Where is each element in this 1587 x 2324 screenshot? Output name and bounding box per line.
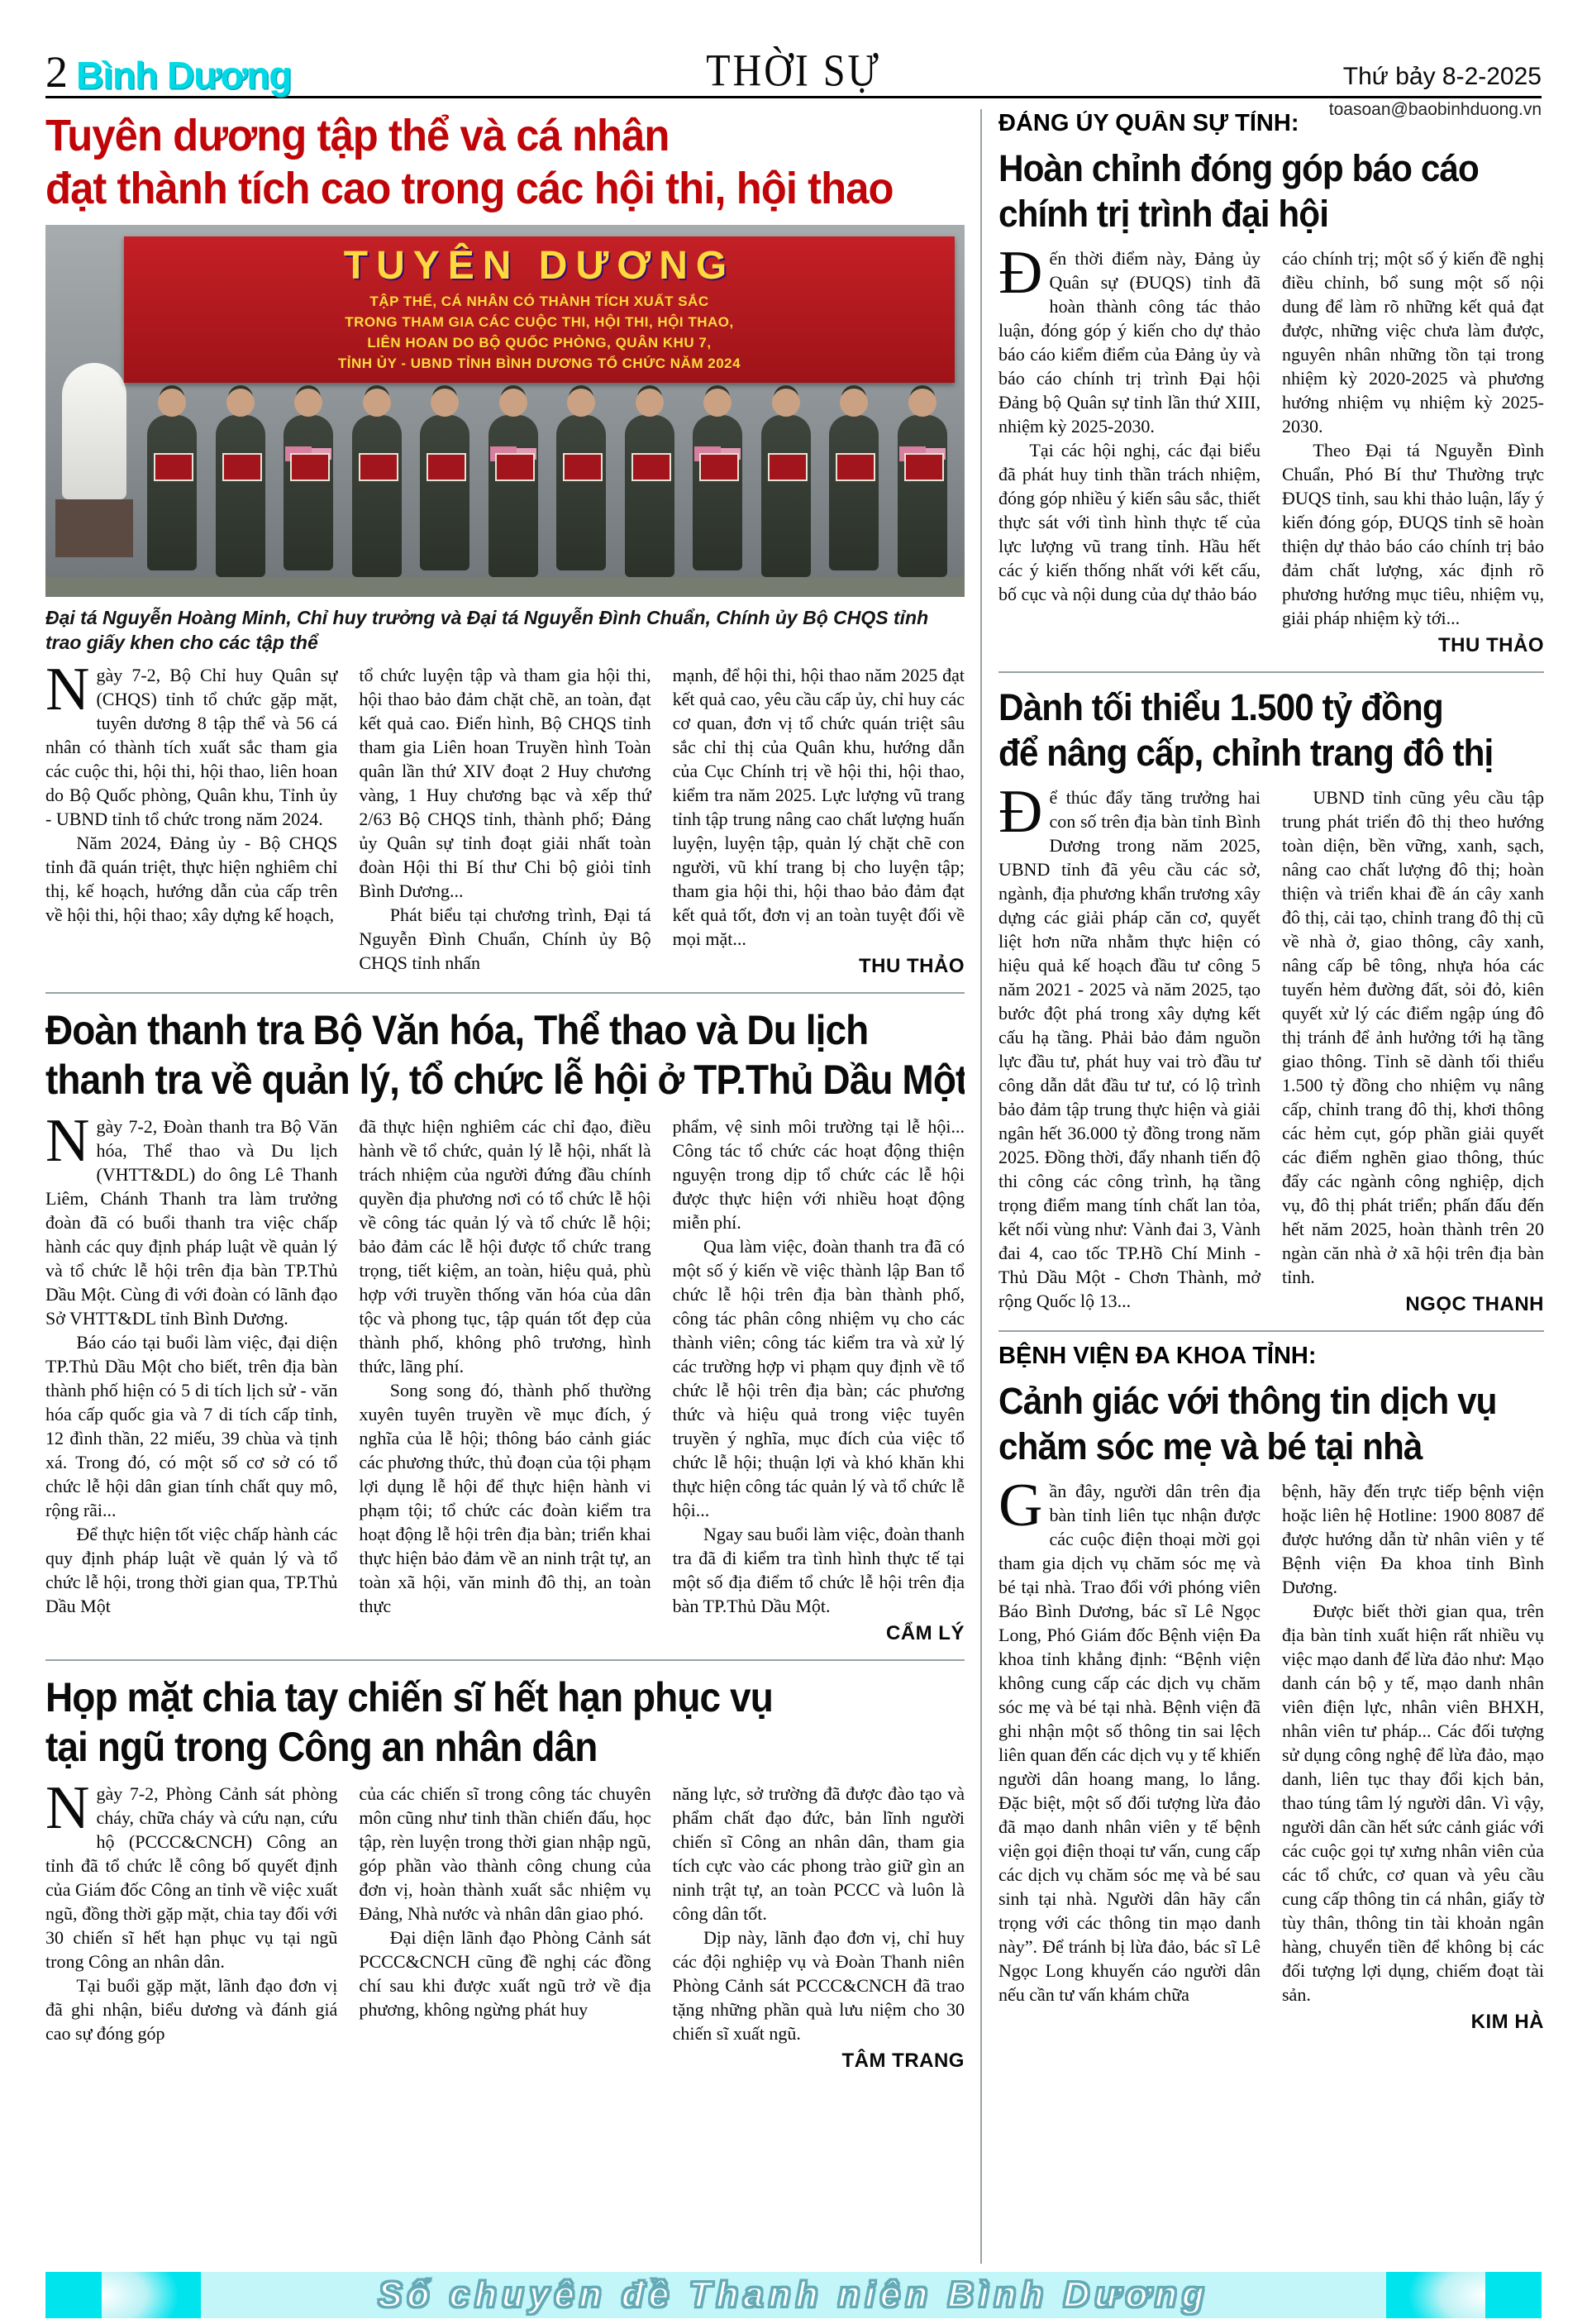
article-title: Hoàn chỉnh đóng góp báo cáochính trị trì… — [998, 146, 1544, 236]
page-header: 2 Bình Dương THỜI SỰ Thứ bảy 8-2-2025 — [45, 25, 1542, 98]
person-figure — [898, 415, 947, 577]
article-title: Dành tối thiểu 1.500 tỷ đồngđể nâng cấp,… — [998, 685, 1544, 775]
article-body: N gày 7-2, Đoàn thanh tra Bộ Văn hóa, Th… — [45, 1114, 965, 1646]
column-paragraphs: gày 7-2, Đoàn thanh tra Bộ Văn hóa, Thể … — [45, 1114, 337, 1618]
page-number: 2 — [45, 52, 68, 93]
article-title: Tuyên dương tập thể và cá nhânđạt thành … — [45, 109, 965, 215]
column-paragraphs: UBND tỉnh cũng yêu cầu tập trung phát tr… — [1282, 785, 1544, 1289]
photo-caption: Đại tá Nguyễn Hoàng Minh, Chỉ huy trưởng… — [45, 605, 965, 655]
author-byline: THU THẢO — [1282, 633, 1544, 658]
person-figure — [625, 415, 674, 577]
article-body: Đ ến thời điểm này, Đảng ủy Quân sự (ĐUQ… — [998, 246, 1544, 658]
dropcap: N — [45, 1114, 96, 1165]
person-figure — [284, 415, 333, 570]
column-paragraphs: ể thúc đẩy tăng trưởng hai con số trên đ… — [998, 785, 1261, 1313]
article-column: cáo chính trị; một số ý kiến đề nghị điề… — [1282, 246, 1544, 658]
ceremony-photo: TUYÊN DƯƠNG TẬP THỂ, CÁ NHÂN CÓ THÀNH TÍ… — [45, 225, 965, 597]
article-column: bệnh, hãy đến trực tiếp bệnh viện hoặc l… — [1282, 1479, 1544, 2035]
photo-banner: TUYÊN DƯƠNG TẬP THỂ, CÁ NHÂN CÓ THÀNH TÍ… — [124, 236, 955, 383]
article-column: Đ ến thời điểm này, Đảng ủy Quân sự (ĐUQ… — [998, 246, 1261, 658]
column-paragraphs: mạnh, để hội thi, hội thao năm 2025 đạt … — [673, 663, 965, 951]
article-column: năng lực, sở trường đã được đào tạo và p… — [673, 1782, 965, 2073]
dropcap: N — [45, 663, 96, 713]
person-figure — [488, 415, 538, 577]
column-divider-rule — [980, 109, 982, 2264]
article-title: Đoàn thanh tra Bộ Văn hóa, Thể thao và D… — [45, 1005, 965, 1105]
article-divider — [998, 671, 1544, 673]
article-body: N gày 7-2, Bộ Chỉ huy Quân sự (CHQS) tỉn… — [45, 663, 965, 979]
statue — [62, 363, 126, 499]
article-column: G ần đây, người dân trên địa bàn tỉnh li… — [998, 1479, 1261, 2035]
article-column: của các chiến sĩ trong công tác chuyên m… — [359, 1782, 651, 2073]
section-title: THỜI SỰ — [706, 48, 881, 93]
author-byline: CẨM LÝ — [673, 1621, 965, 1646]
article-column: mạnh, để hội thi, hội thao năm 2025 đạt … — [673, 663, 965, 979]
article-divider — [45, 1659, 965, 1661]
article-tuyen-duong: Tuyên dương tập thể và cá nhânđạt thành … — [45, 109, 965, 979]
people-row — [138, 415, 956, 577]
article-divider — [998, 1330, 1544, 1332]
article-divider — [45, 992, 965, 994]
column-paragraphs: phẩm, vệ sinh môi trường tại lễ hội... C… — [673, 1114, 965, 1618]
left-region: Tuyên dương tập thể và cá nhânđạt thành … — [45, 106, 965, 2267]
article-doan-thanh-tra: Đoàn thanh tra Bộ Văn hóa, Thể thao và D… — [45, 1005, 965, 1646]
article-hoan-chinh: ĐẢNG ỦY QUÂN SỰ TỈNH: Hoàn chỉnh đóng gó… — [998, 111, 1544, 658]
person-figure — [216, 415, 265, 577]
column-paragraphs: đã thực hiện nghiêm các chỉ đạo, điều hà… — [359, 1114, 651, 1618]
brand: 2 Bình Dương — [45, 52, 291, 93]
footer-decor-block-left — [45, 2272, 102, 2318]
author-byline: THU THẢO — [673, 954, 965, 979]
footer-decor-block-right — [1485, 2272, 1542, 2318]
article-hop-mat: Họp mặt chia tay chiến sĩ hết hạn phục v… — [45, 1673, 965, 2073]
column-paragraphs: cáo chính trị; một số ý kiến đề nghị điề… — [1282, 246, 1544, 630]
dropcap: Đ — [998, 246, 1049, 297]
person-figure — [829, 415, 879, 570]
footer-decor-bulge-right — [1386, 2272, 1485, 2318]
person-figure — [420, 415, 469, 570]
dropcap: N — [45, 1782, 96, 1832]
article-column: UBND tỉnh cũng yêu cầu tập trung phát tr… — [1282, 785, 1544, 1317]
author-byline: NGỌC THANH — [1282, 1292, 1544, 1317]
article-column: Đ ể thúc đẩy tăng trưởng hai con số trên… — [998, 785, 1261, 1317]
article-canh-giac: BỆNH VIỆN ĐA KHOA TỈNH: Cảnh giác với th… — [998, 1343, 1544, 2035]
article-column: phẩm, vệ sinh môi trường tại lễ hội... C… — [673, 1114, 965, 1646]
article-body: G ần đây, người dân trên địa bàn tỉnh li… — [998, 1479, 1544, 2035]
footer-banner-text: Số chuyên đề Thanh niên Bình Dương — [201, 2277, 1386, 2313]
stage-floor — [45, 577, 965, 597]
dropcap: Đ — [998, 785, 1049, 836]
photo-banner-title: TUYÊN DƯƠNG — [131, 245, 948, 289]
author-byline: TÂM TRANG — [673, 2049, 965, 2073]
column-paragraphs: bệnh, hãy đến trực tiếp bệnh viện hoặc l… — [1282, 1479, 1544, 2007]
article-body: Đ ể thúc đẩy tăng trưởng hai con số trên… — [998, 785, 1544, 1317]
column-paragraphs: ần đây, người dân trên địa bàn tỉnh liên… — [998, 1479, 1261, 2007]
article-column: N gày 7-2, Bộ Chỉ huy Quân sự (CHQS) tỉn… — [45, 663, 337, 979]
person-figure — [147, 415, 197, 570]
newspaper-logo: Bình Dương — [76, 59, 291, 93]
person-figure — [352, 415, 402, 577]
column-paragraphs: năng lực, sở trường đã được đào tạo và p… — [673, 1782, 965, 2045]
article-column: N gày 7-2, Phòng Cảnh sát phòng cháy, ch… — [45, 1782, 337, 2073]
issue-date: Thứ bảy 8-2-2025 — [1343, 64, 1542, 93]
author-byline: KIM HÀ — [1282, 2010, 1544, 2035]
person-figure — [761, 415, 811, 577]
right-region: ĐẢNG ỦY QUÂN SỰ TỈNH: Hoàn chỉnh đóng gó… — [998, 111, 1544, 2267]
column-paragraphs: tổ chức luyện tập và tham gia hội thi, h… — [359, 663, 651, 975]
article-column: tổ chức luyện tập và tham gia hội thi, h… — [359, 663, 651, 979]
article-kicker: BỆNH VIỆN ĐA KHOA TỈNH: — [998, 1343, 1544, 1370]
footer-decor-bulge-left — [102, 2272, 201, 2318]
article-title: Họp mặt chia tay chiến sĩ hết hạn phục v… — [45, 1673, 965, 1772]
article-title: Cảnh giác với thông tin dịch vụchăm sóc … — [998, 1378, 1544, 1469]
dropcap: G — [998, 1479, 1049, 1529]
footer-banner: Số chuyên đề Thanh niên Bình Dương — [45, 2272, 1542, 2318]
column-paragraphs: của các chiến sĩ trong công tác chuyên m… — [359, 1782, 651, 2021]
person-figure — [556, 415, 606, 570]
photo-banner-lines: TẬP THỂ, CÁ NHÂN CÓ THÀNH TÍCH XUẤT SẮCT… — [131, 292, 948, 373]
article-body: N gày 7-2, Phòng Cảnh sát phòng cháy, ch… — [45, 1782, 965, 2073]
article-column: N gày 7-2, Đoàn thanh tra Bộ Văn hóa, Th… — [45, 1114, 337, 1646]
article-kicker: ĐẢNG ỦY QUÂN SỰ TỈNH: — [998, 111, 1544, 137]
article-column: đã thực hiện nghiêm các chỉ đạo, điều hà… — [359, 1114, 651, 1646]
article-danh-toi-thieu: Dành tối thiểu 1.500 tỷ đồngđể nâng cấp,… — [998, 685, 1544, 1317]
person-figure — [693, 415, 742, 570]
